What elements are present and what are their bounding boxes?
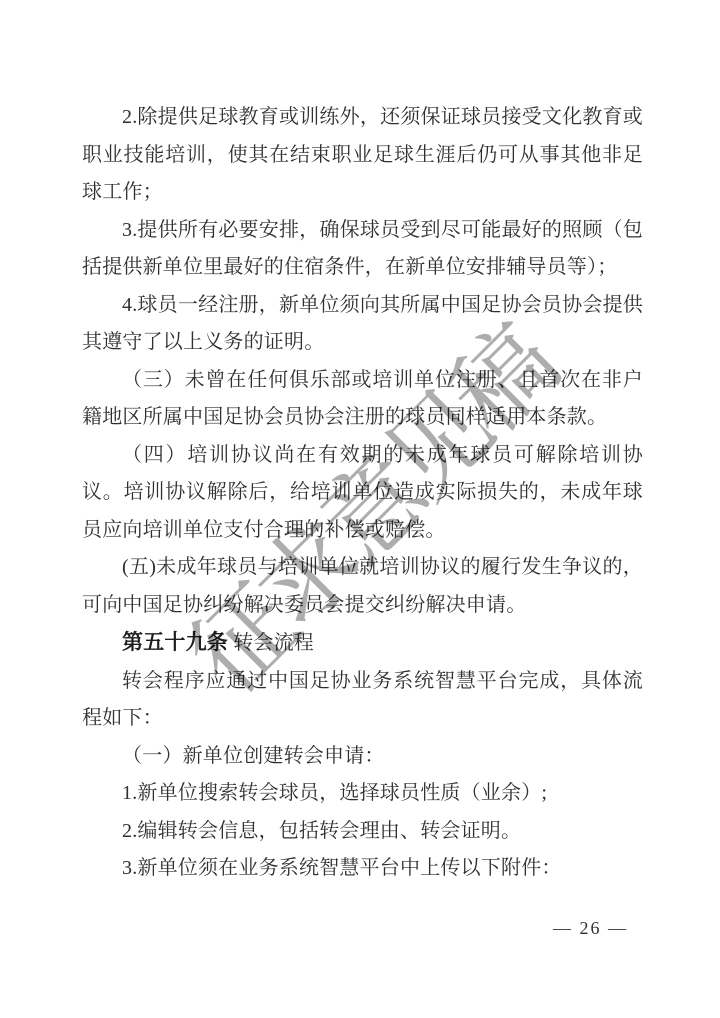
paragraph: 2.编辑转会信息，包括转会理由、转会证明。 xyxy=(82,813,643,851)
paragraph: （三）未曾在任何俱乐部或培训单位注册、且首次在非户籍地区所属中国足协会员协会注册… xyxy=(82,362,643,437)
article-title: 转会流程 xyxy=(228,632,314,654)
paragraph: （一）新单位创建转会申请： xyxy=(82,738,643,776)
paragraph: 2.除提供足球教育或训练外，还须保证球员接受文化教育或职业技能培训，使其在结束职… xyxy=(82,99,643,212)
document-page: 征求意见稿 2.除提供足球教育或训练外，还须保证球员接受文化教育或职业技能培训，… xyxy=(0,0,720,1018)
paragraph: 1.新单位搜索转会球员，选择球员性质（业余）; xyxy=(82,775,643,813)
article-number: 第五十九条 xyxy=(122,630,228,654)
paragraph: 3.提供所有必要安排，确保球员受到尽可能最好的照顾（包括提供新单位里最好的住宿条… xyxy=(82,212,643,287)
paragraph: 转会程序应通过中国足协业务系统智慧平台完成，具体流程如下： xyxy=(82,663,643,738)
paragraph: (五)未成年球员与培训单位就培训协议的履行发生争议的，可向中国足协纠纷解决委员会… xyxy=(82,549,643,624)
article-heading: 第五十九条 转会流程 xyxy=(82,624,643,663)
page-number: — 26 — xyxy=(553,918,628,939)
paragraph: 3.新单位须在业务系统智慧平台中上传以下附件： xyxy=(82,850,643,888)
paragraph: （四）培训协议尚在有效期的未成年球员可解除培训协议。培训协议解除后，给培训单位造… xyxy=(82,437,643,550)
document-body: 2.除提供足球教育或训练外，还须保证球员接受文化教育或职业技能培训，使其在结束职… xyxy=(82,99,643,888)
paragraph: 4.球员一经注册，新单位须向其所属中国足协会员协会提供其遵守了以上义务的证明。 xyxy=(82,287,643,362)
